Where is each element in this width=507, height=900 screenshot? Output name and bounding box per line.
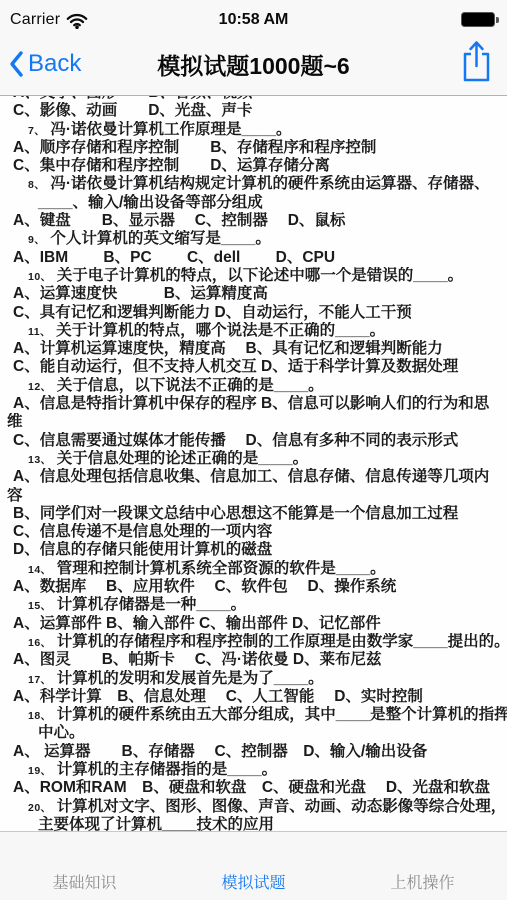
option-line: D、信息的存储只能使用计算机的磁盘 [0,541,507,559]
question-line: 16、计算机的存储程序和程序控制的工作原理是由数学家____提出的。 [0,633,507,651]
question-line: 13、关于信息处理的论述正确的是____。 [0,450,507,468]
question-number: 17、 [28,674,52,686]
continuation-line: ____、输入/输出设备等部分组成 [0,194,507,212]
question-line: 17、计算机的发明和发展首先是为了____。 [0,670,507,688]
carrier-label: Carrier [10,11,60,29]
app-window: Carrier 10:58 AM Back 模拟试题1000题~6 [0,0,507,900]
question-line: 15、计算机存储器是一种____。 [0,596,507,614]
option-line: C、信息传递不是信息处理的一项内容 [0,523,507,541]
question-line: 14、管理和控制计算机系统全部资源的软件是____。 [0,560,507,578]
back-button-label: Back [28,50,81,78]
question-line: 7、冯·诺依曼计算机工作原理是____。 [0,121,507,139]
question-line: 9、个人计算机的英文缩写是____。 [0,230,507,248]
option-line: A、运算部件 B、输入部件 C、输出部件 D、记忆部件 [0,615,507,633]
option-line: A、 运算器 B、存储器 C、控制器 D、输入/输出设备 [0,743,507,761]
option-line: A、信息处理包括信息收集、信息加工、信息存储、信息传递等几项内 [0,468,507,486]
question-line: 20、计算机对文字、图形、图像、声音、动画、动态影像等综合处理， [0,798,507,816]
option-line: A、计算机运算速度快，精度高 B、具有记忆和逻辑判断能力 [0,340,507,358]
question-number: 13、 [28,454,52,466]
tab-bar: 基础知识模拟试题上机操作 [0,831,507,900]
status-right [461,12,495,27]
question-number: 11、 [28,326,51,338]
option-line: C、信息需要通过媒体才能传播 D、信息有多种不同的表示形式 [0,432,507,450]
navigation-bar: Back 模拟试题1000题~6 [0,33,507,95]
wifi-icon [65,11,89,29]
continuation-line: 主要体现了计算机____技术的应用 [0,816,507,831]
battery-icon [461,12,495,27]
question-list: A、文字、图形 B、音频、视频C、影像、动画 D、光盘、声卡7、冯·诺依曼计算机… [0,96,507,831]
status-left: Carrier [10,11,89,29]
option-line: A、运算速度快 B、运算精度高 [0,285,507,303]
question-number: 10、 [28,271,52,283]
option-line: C、影像、动画 D、光盘、声卡 [0,102,507,120]
option-line: C、具有记忆和逻辑判断能力 D、自动运行，不能人工干预 [0,304,507,322]
option-line: B、同学们对一段课文总结中心思想这不能算是一个信息加工过程 [0,505,507,523]
option-line: A、图灵 B、帕斯卡 C、冯·诺依曼 D、莱布尼兹 [0,651,507,669]
question-line: 19、计算机的主存储器指的是____。 [0,761,507,779]
document-view[interactable]: A、文字、图形 B、音频、视频C、影像、动画 D、光盘、声卡7、冯·诺依曼计算机… [0,96,507,831]
share-button[interactable] [458,38,495,86]
question-number: 8、 [28,179,45,191]
question-line: 10、关于电子计算机的特点，以下论述中哪一个是错误的____。 [0,267,507,285]
continuation-line: 容 [0,487,507,505]
question-number: 9、 [28,234,45,246]
question-line: 12、关于信息，以下说法不正确的是____。 [0,377,507,395]
option-line: A、IBM B、PC C、dell D、CPU [0,249,507,267]
option-line: A、顺序存储和程序控制 B、存储程序和程序控制 [0,139,507,157]
question-number: 14、 [28,564,52,576]
header: Carrier 10:58 AM Back 模拟试题1000题~6 [0,0,507,96]
question-line: 11、关于计算机的特点，哪个说法是不正确的____。 [0,322,507,340]
question-number: 7、 [28,125,45,137]
chevron-left-icon [8,50,24,78]
question-number: 18、 [28,710,52,722]
share-icon [458,38,495,86]
question-number: 19、 [28,765,52,777]
back-button[interactable]: Back [8,33,81,95]
question-number: 16、 [28,637,52,649]
option-line: A、信息是特指计算机中保存的程序 B、信息可以影响人们的行为和思 [0,395,507,413]
question-line: 8、冯·诺依曼计算机结构规定计算机的硬件系统由运算器、存储器、 [0,175,507,193]
question-number: 20、 [28,802,52,814]
option-line: A、科学计算 B、信息处理 C、人工智能 D、实时控制 [0,688,507,706]
question-line: 18、计算机的硬件系统由五大部分组成，其中____是整个计算机的指挥 [0,706,507,724]
question-number: 12、 [28,381,52,393]
tab-basic-knowledge[interactable]: 基础知识 [0,832,169,900]
option-line: A、ROM和RAM B、硬盘和软盘 C、硬盘和光盘 D、光盘和软盘 [0,779,507,797]
continuation-line: 中心。 [0,724,507,742]
tab-mock-exams[interactable]: 模拟试题 [169,832,338,900]
option-line: A、数据库 B、应用软件 C、软件包 D、操作系统 [0,578,507,596]
tab-computer-operation[interactable]: 上机操作 [338,832,507,900]
status-bar: Carrier 10:58 AM [0,0,507,33]
question-number: 15、 [28,600,52,612]
continuation-line: 维 [0,413,507,431]
option-line: C、能自动运行，但不支持人机交互 D、适于科学计算及数据处理 [0,358,507,376]
option-line: C、集中存储和程序控制 D、运算存储分离 [0,157,507,175]
option-line: A、键盘 B、显示器 C、控制器 D、鼠标 [0,212,507,230]
